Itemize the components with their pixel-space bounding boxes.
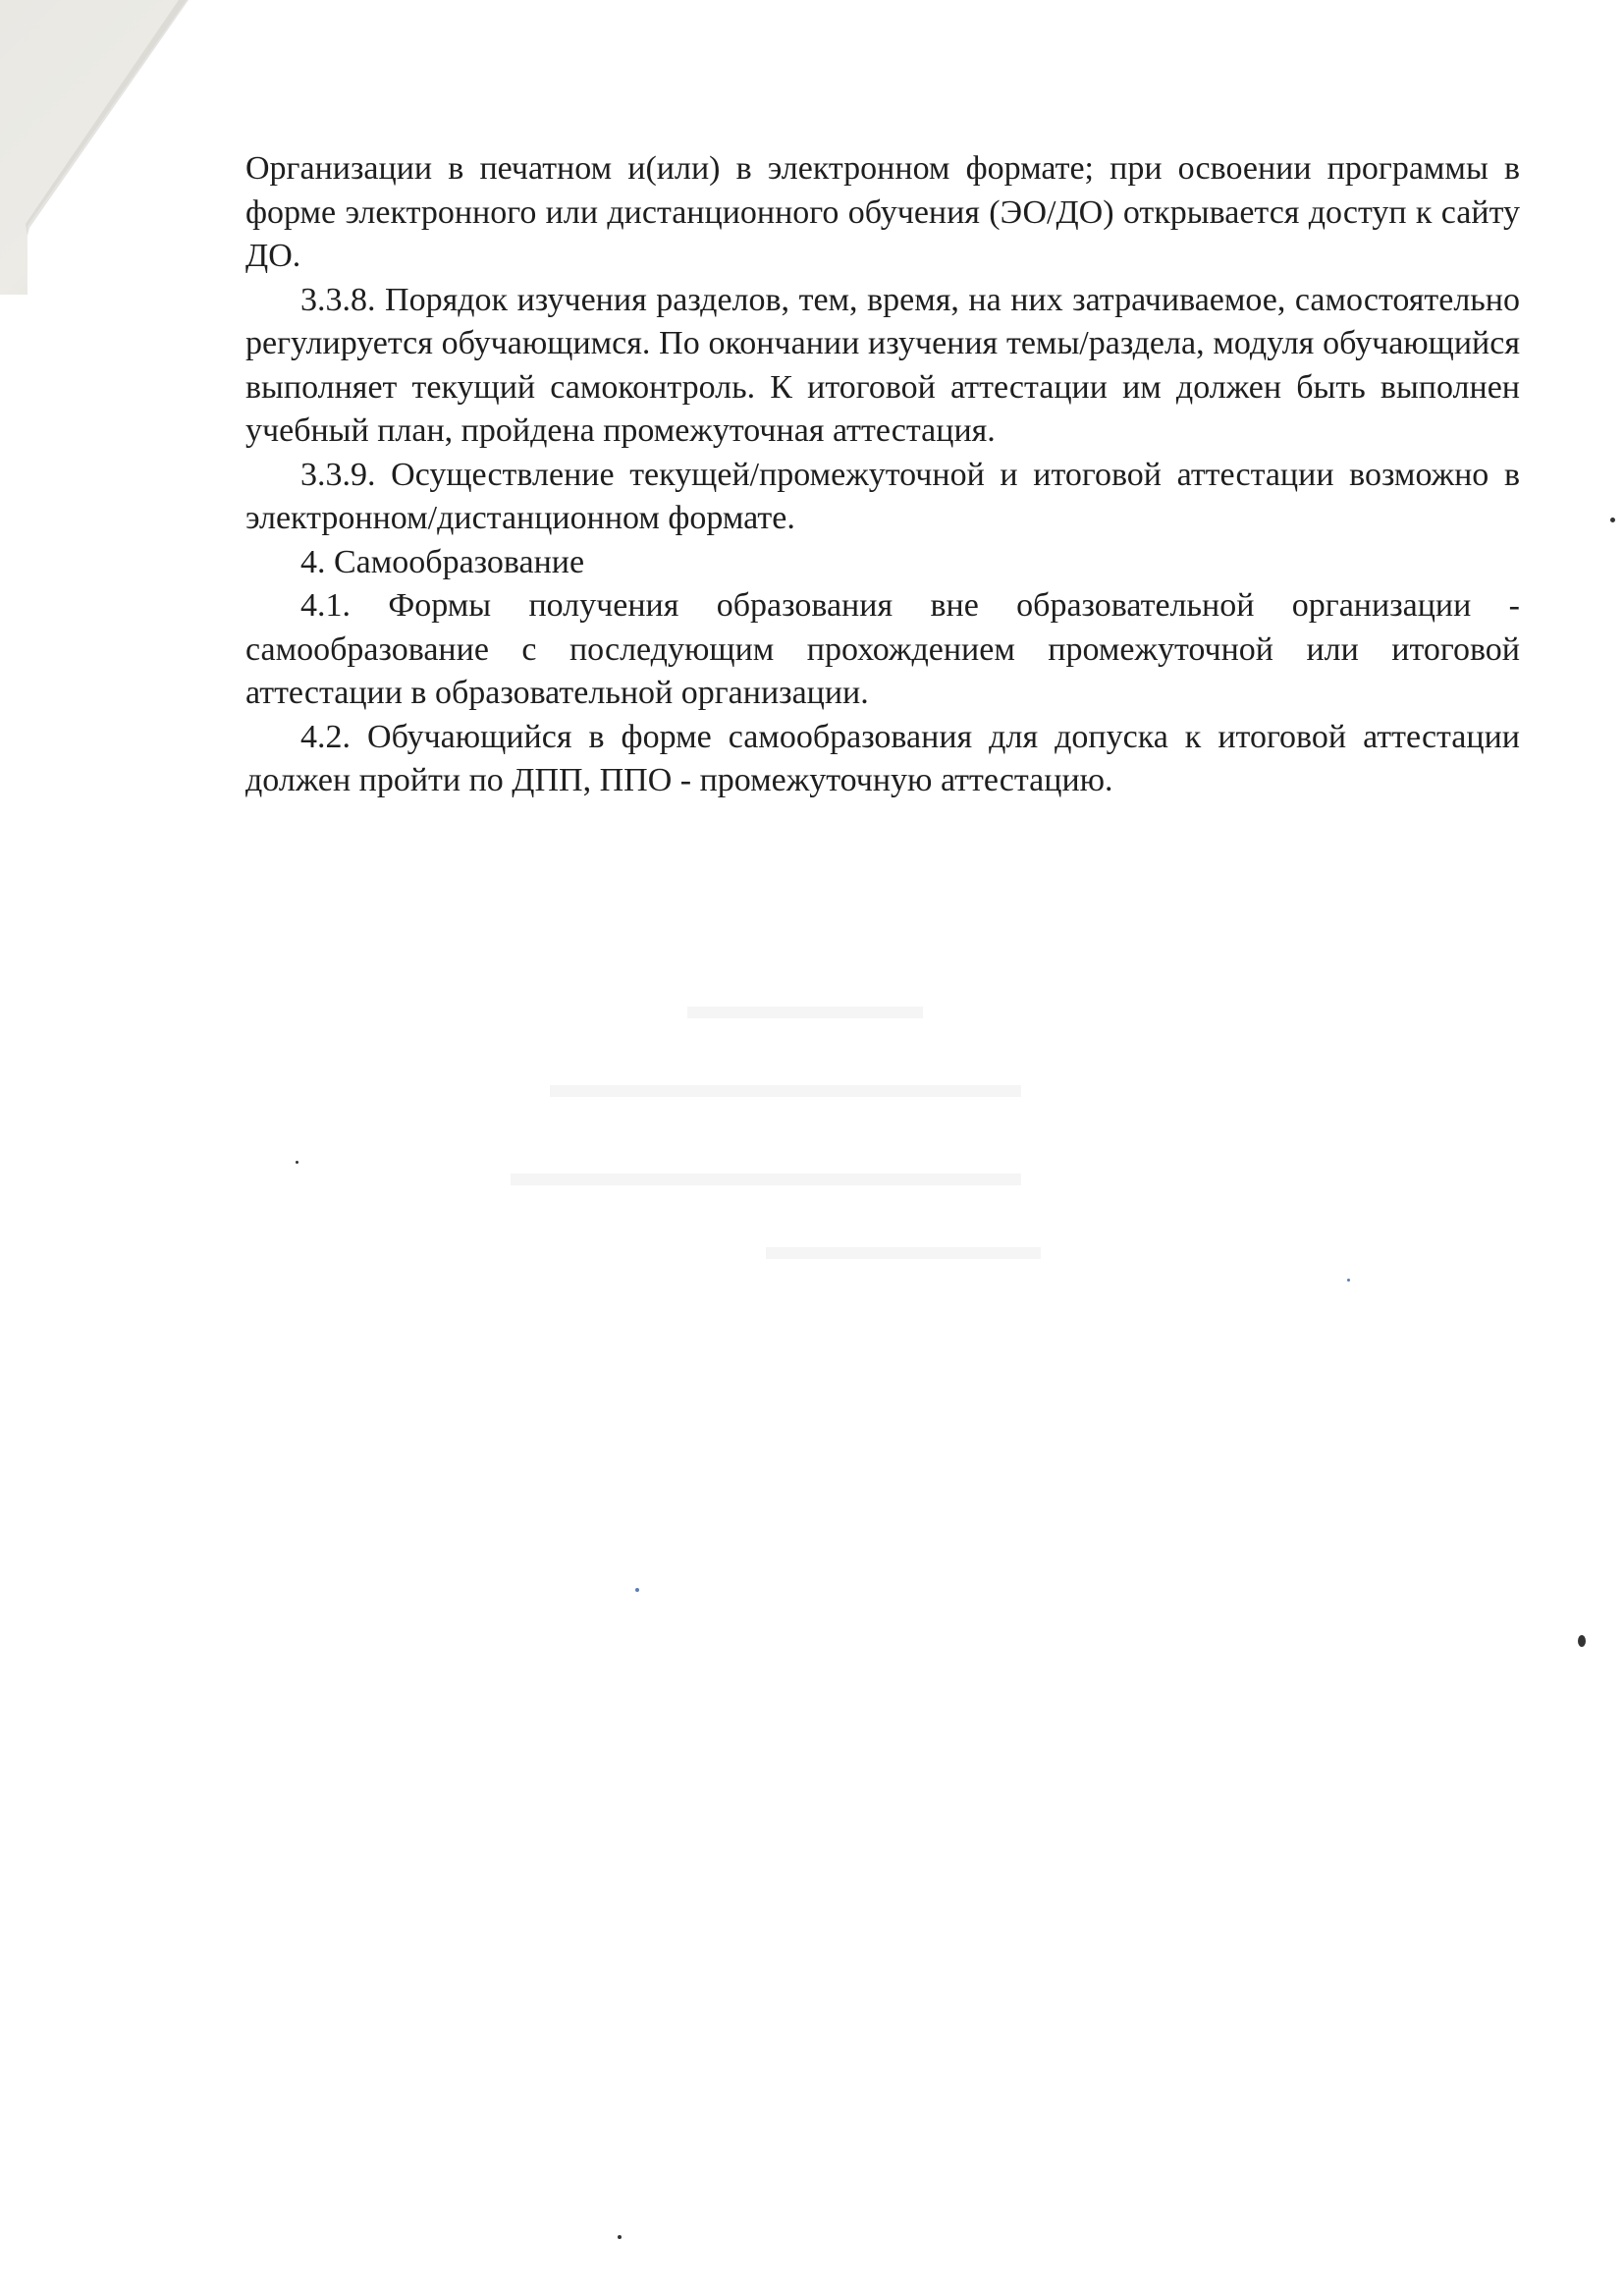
scan-speck: [1610, 518, 1615, 522]
show-through-text: ▬▬▬▬▬▬▬▬▬▬▬▬▬: [511, 1149, 1021, 1195]
scan-speck: [618, 2235, 622, 2239]
scan-speck: [1578, 1635, 1586, 1647]
folded-page-corner: [0, 0, 196, 295]
paragraph-4-2: 4.2. Обучающийся в форме самообразования…: [245, 716, 1520, 803]
show-through-text: ▬▬▬▬▬▬▬: [766, 1223, 1041, 1269]
paragraph-4-1: 4.1. Формы получения образования вне обр…: [245, 584, 1520, 716]
paragraph-3-3-8: 3.3.8. Порядок изучения разделов, тем, в…: [245, 279, 1520, 454]
scan-speck: [296, 1161, 298, 1164]
paragraph-continuation: Организации в печатном и(или) в электрон…: [245, 147, 1520, 279]
show-through-text: ▬▬▬▬▬▬: [687, 982, 923, 1028]
scan-speck: [635, 1588, 639, 1592]
document-body: Организации в печатном и(или) в электрон…: [245, 147, 1520, 803]
show-through-text: ▬▬▬▬▬▬▬▬▬▬▬▬: [550, 1061, 1021, 1107]
paragraph-3-3-9: 3.3.9. Осуществление текущей/промежуточн…: [245, 454, 1520, 541]
section-heading-4: 4. Самообразование: [245, 541, 1520, 585]
scan-speck: [1347, 1279, 1350, 1282]
